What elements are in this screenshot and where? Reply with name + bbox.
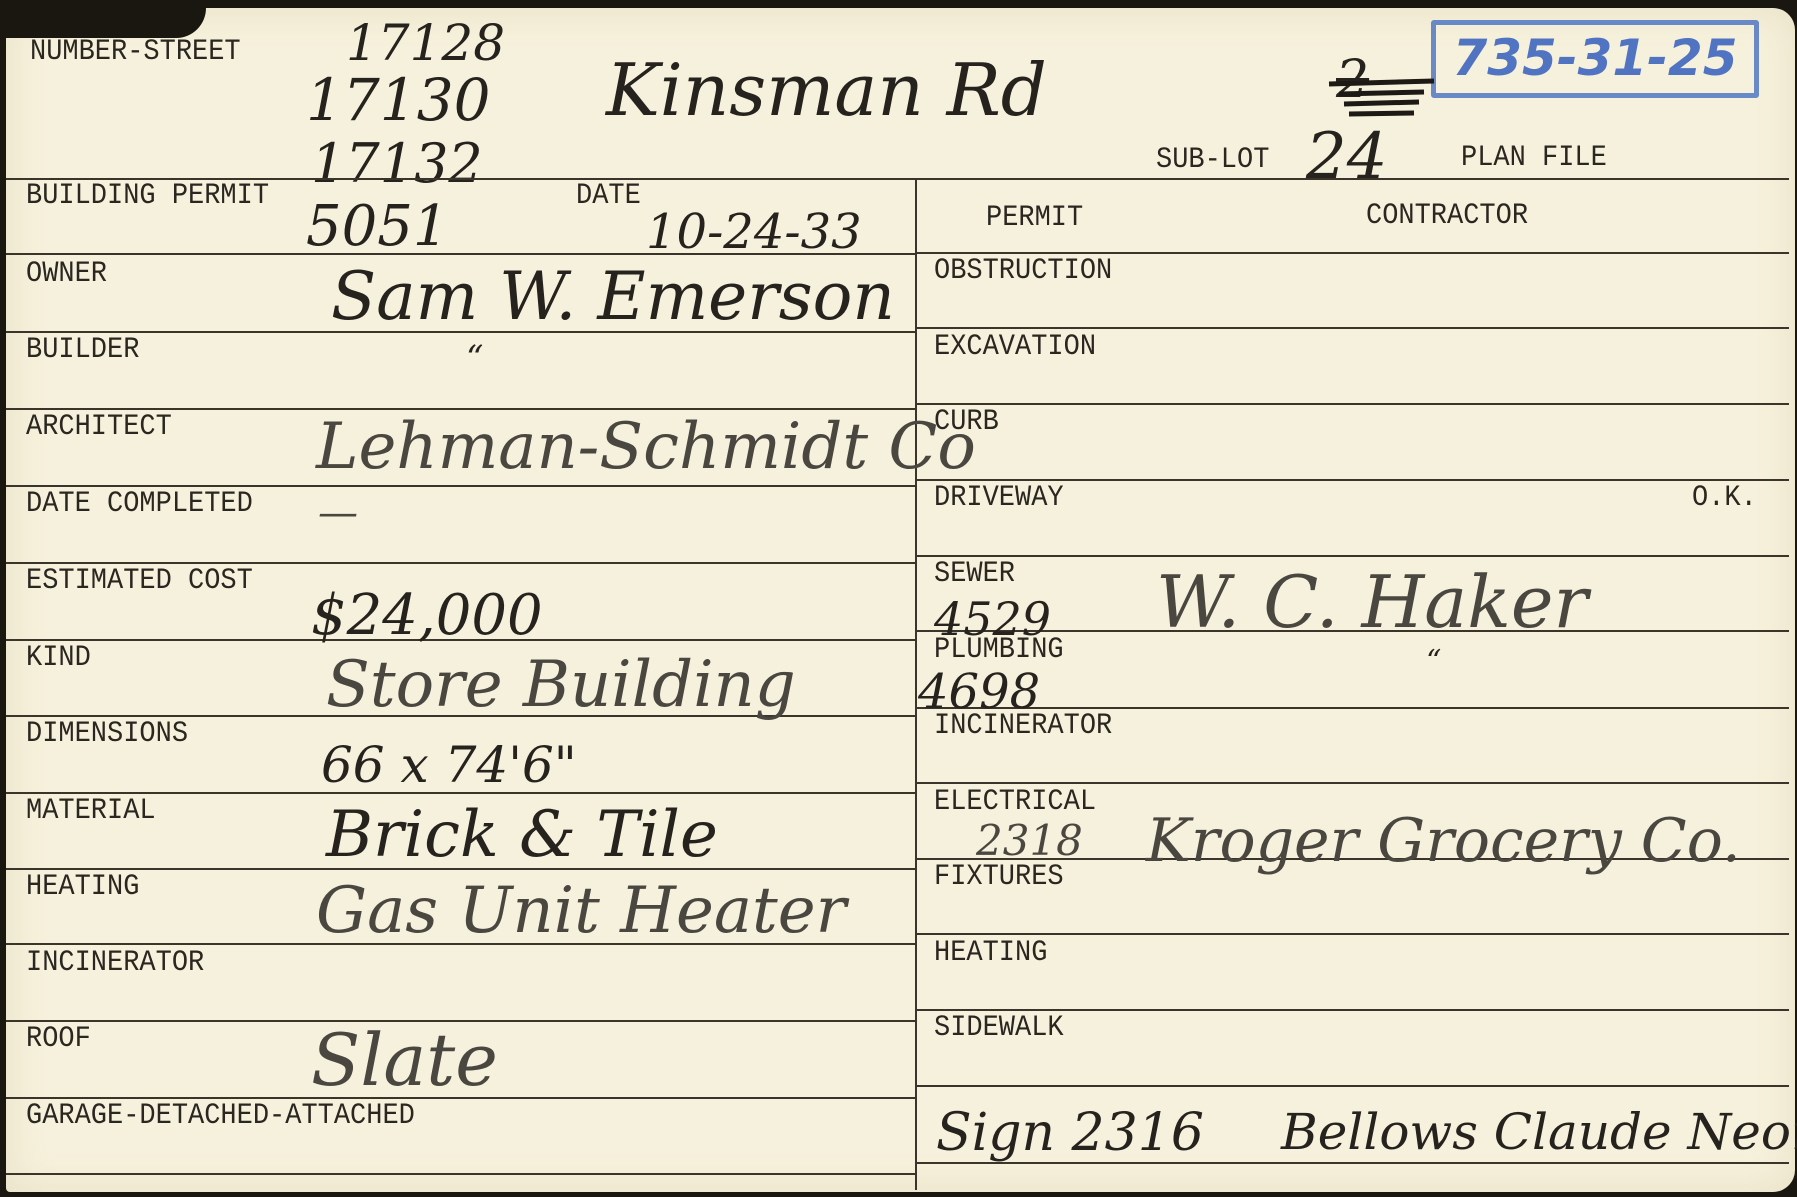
incinerator-permit-label: INCINERATOR [934,710,1112,743]
plumbing-contractor: “ [1426,644,1441,679]
obstruction-label: OBSTRUCTION [934,255,1112,288]
sub-lot-label: SUB-LOT [1156,144,1269,177]
curb-label: CURB [934,406,999,439]
sewer-label: SEWER [934,558,1015,591]
row-line [6,485,915,487]
builder-value: “ [466,338,483,378]
row-line [915,252,1789,254]
row-line [915,479,1789,481]
architect-label: ARCHITECT [26,411,172,444]
building-permit-label: BUILDING PERMIT [26,180,269,213]
heating-label: HEATING [26,871,139,904]
date-value: 10-24-33 [646,204,862,260]
plan-file-label: PLAN FILE [1461,142,1607,175]
row-line [6,562,915,564]
architect-value: Lehman-Schmidt Co [316,410,976,484]
date-label: DATE [576,180,641,213]
scribble-mark [1324,66,1444,126]
date-completed-label: DATE COMPLETED [26,488,253,521]
row-line [915,327,1789,329]
dimensions-label: DIMENSIONS [26,718,188,751]
sign-contractor: Bellows Claude Neon Co. [1281,1103,1797,1161]
driveway-note: O.K. [1692,482,1757,515]
electrical-contractor: Kroger Grocery Co. [1146,806,1741,876]
fixtures-label: FIXTURES [934,861,1064,894]
plumbing-label: PLUMBING [934,634,1064,667]
row-line [6,1173,915,1175]
address-street: Kinsman Rd [606,48,1047,132]
row-line [915,555,1789,557]
material-value: Brick & Tile [326,798,718,872]
estimated-cost-label: ESTIMATED COST [26,565,253,598]
permit-column-header: PERMIT [986,202,1083,235]
sign-permit: Sign 2316 [936,1103,1204,1163]
roof-label: ROOF [26,1023,91,1056]
row-line [915,707,1789,709]
builder-label: BUILDER [26,334,139,367]
date-completed-value: — [318,490,358,536]
building-permit-value: 5051 [306,194,449,259]
row-line [915,933,1789,935]
kind-label: KIND [26,642,91,675]
row-line [915,782,1789,784]
electrical-permit: 2318 [976,816,1083,865]
header-divider [6,178,1789,180]
address-number-1: 17128 [346,14,505,72]
heating-value: Gas Unit Heater [316,874,846,948]
roof-value: Slate [311,1018,498,1102]
row-line [915,403,1789,405]
electrical-label: ELECTRICAL [934,786,1096,819]
dimensions-value: 66 x 74'6" [321,736,577,794]
sidewalk-label: SIDEWALK [934,1012,1064,1045]
owner-value: Sam W. Emerson [331,258,895,335]
column-divider [915,178,917,1190]
sub-lot-value: 24 [1306,120,1387,194]
incinerator-label: INCINERATOR [26,947,204,980]
material-label: MATERIAL [26,795,156,828]
address-number-3: 17132 [311,132,483,195]
permit-card: NUMBER-STREET 17128 17130 Kinsman Rd 171… [6,8,1795,1192]
number-street-label: NUMBER-STREET [30,36,241,69]
garage-label: GARAGE-DETACHED-ATTACHED [26,1100,415,1133]
driveway-label: DRIVEWAY [934,482,1064,515]
file-stamp: 735-31-25 [1431,20,1759,98]
excavation-label: EXCAVATION [934,331,1096,364]
owner-label: OWNER [26,258,107,291]
row-line [915,1085,1789,1087]
kind-value: Store Building [326,648,796,722]
torn-corner [6,8,206,38]
sewer-contractor: W. C. Haker [1156,560,1588,644]
row-line [915,1009,1789,1011]
contractor-column-header: CONTRACTOR [1366,200,1528,233]
address-number-2: 17130 [306,66,491,134]
heating-permit-label: HEATING [934,937,1047,970]
estimated-cost-value: $24,000 [311,583,543,648]
